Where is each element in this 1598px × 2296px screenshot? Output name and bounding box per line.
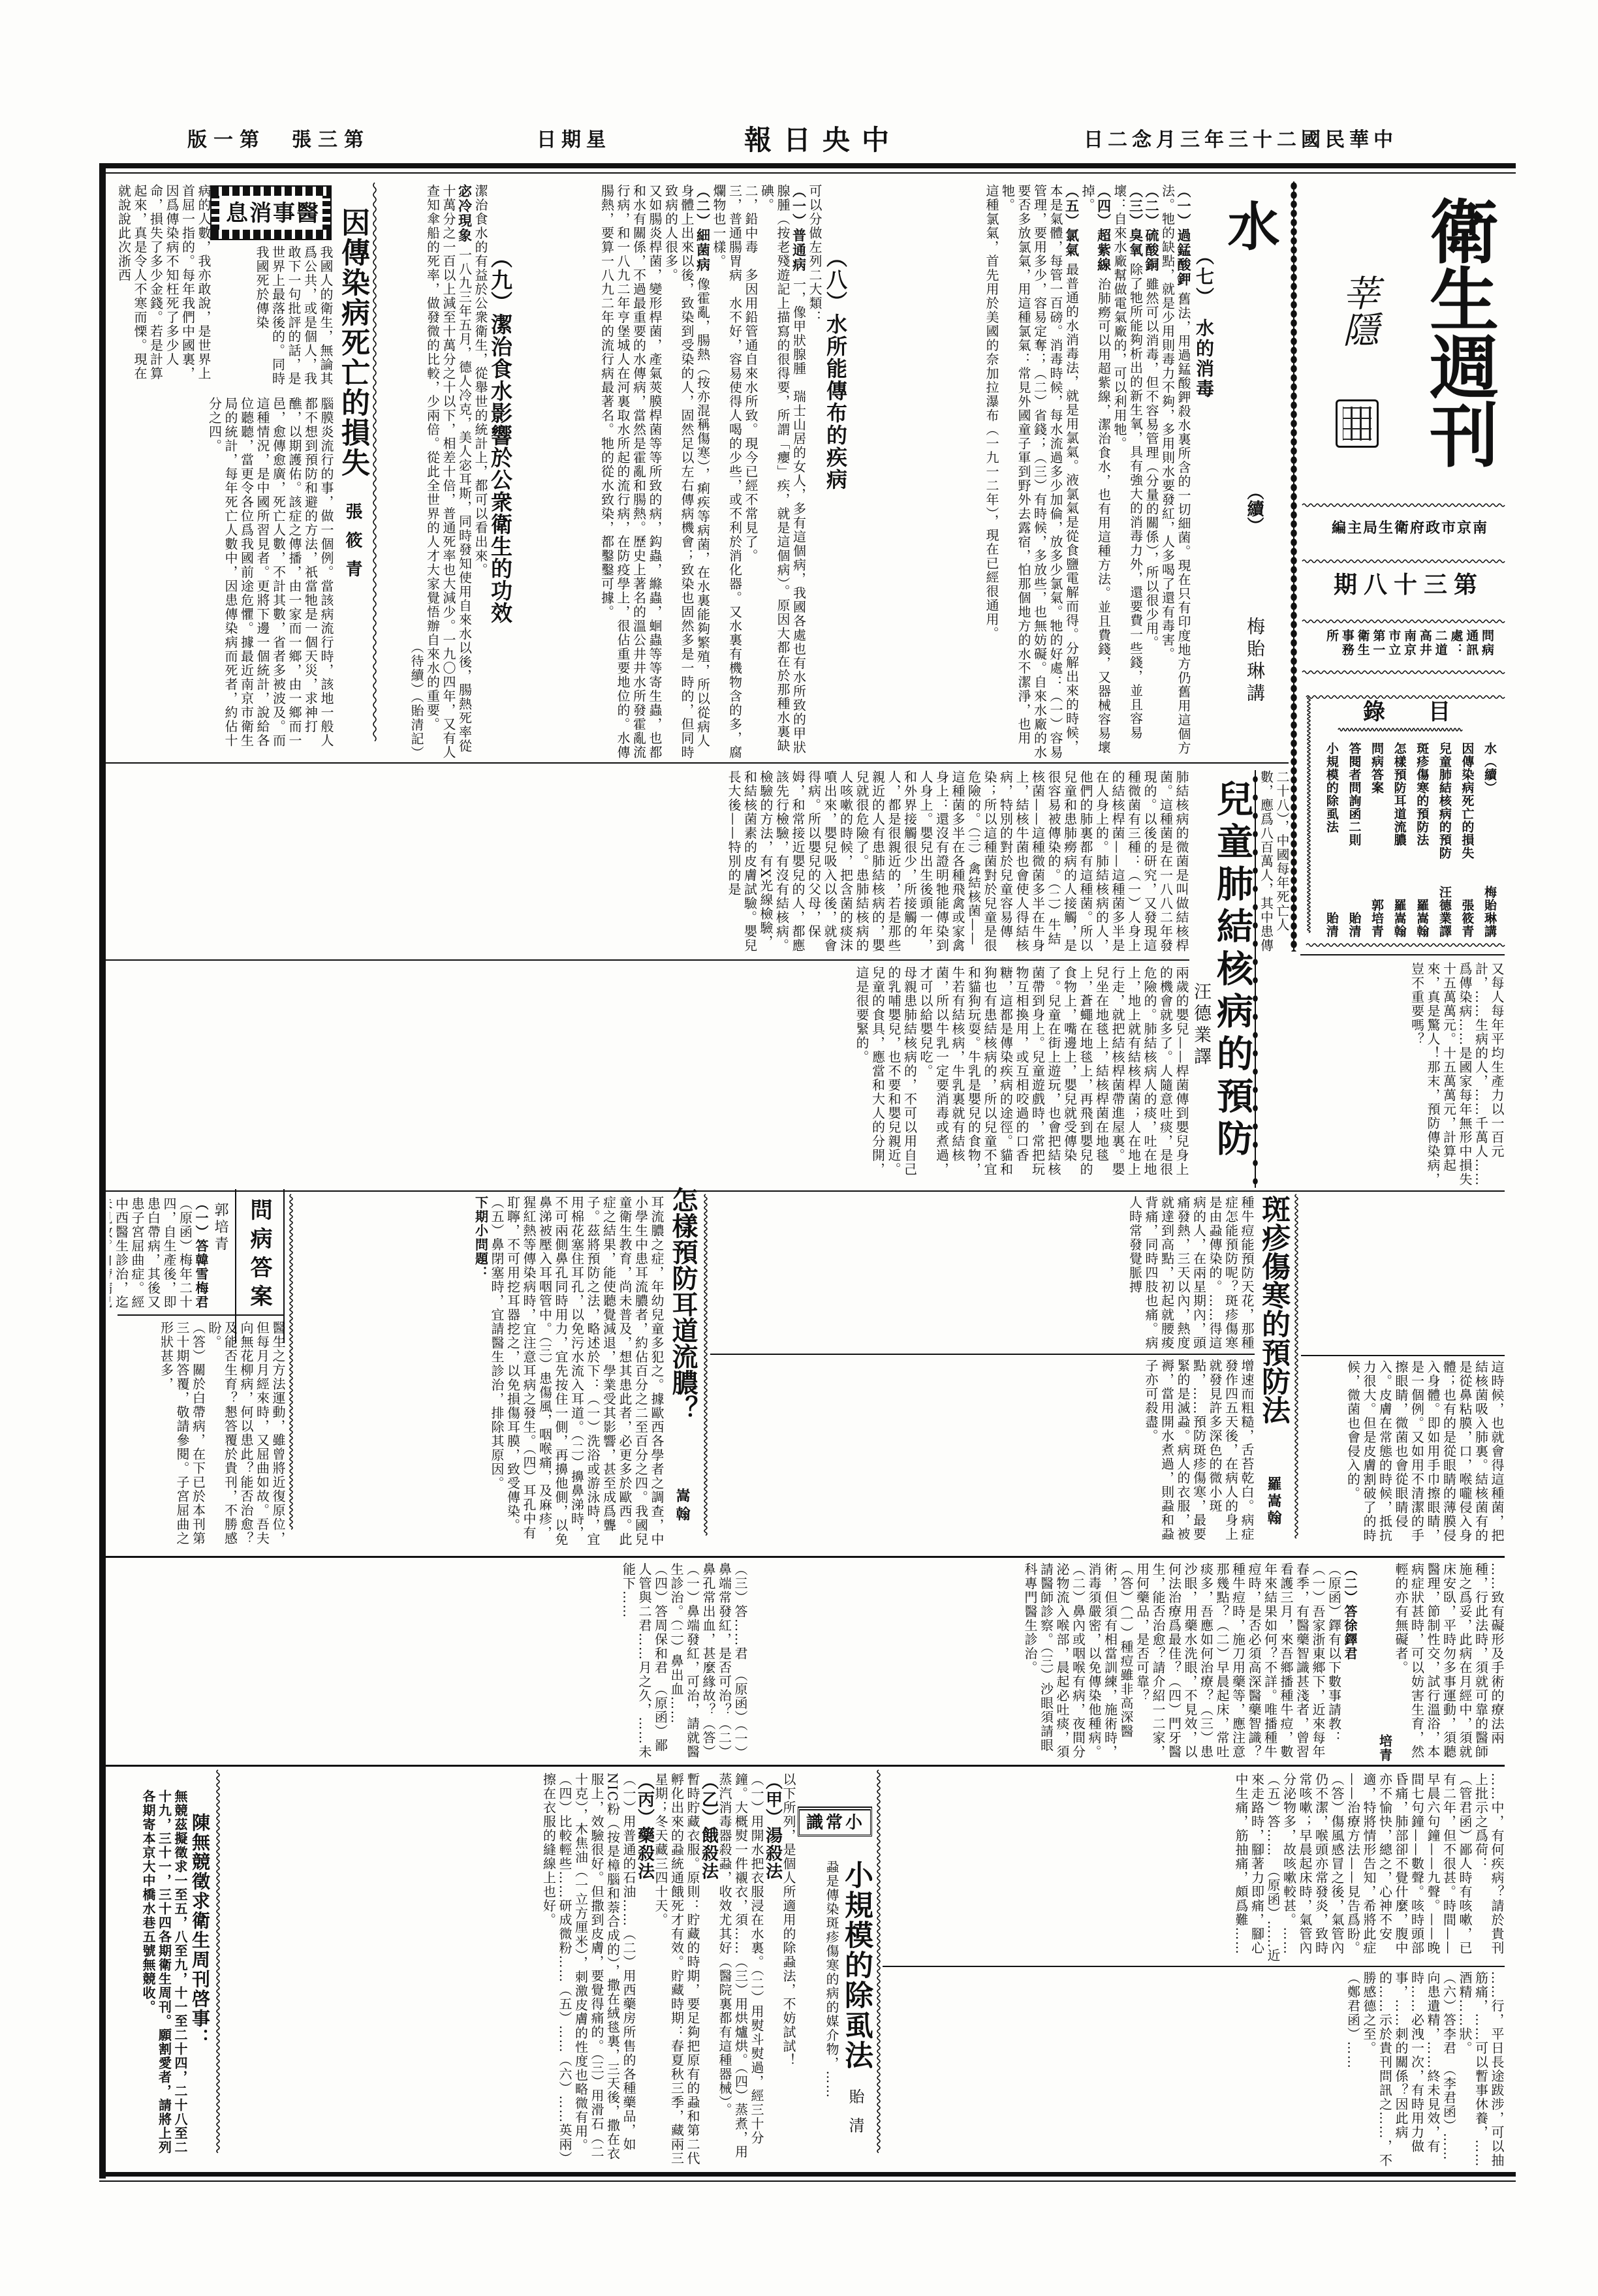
qa-2: （二）答徐鐸君 （原函）鐸有以下數事請教：（一）吾家浙東鄉下，近來每年春季，有醫… <box>751 1562 1358 1762</box>
tb-body-tier2: 兩歲的嬰兒——桿菌傳到嬰兒身上的機會就多了。人隨意吐痰，是很危險的。肺結核病人的… <box>108 966 1189 1188</box>
header-date: 中華民國二十三年三月念二日 <box>1084 131 1398 150</box>
toc-item: 小規模的除虱法貽清 <box>1320 742 1343 938</box>
qa-entry: （鄭君函）…… <box>1345 1971 1361 2168</box>
reader-qa-tier2: ……行，平日長途跋涉，可以抽筋痛，……可以暫事休養，……酒精……狀。 （六）答李… <box>883 1971 1505 2168</box>
toc-heading: 目錄 <box>1363 701 1494 723</box>
toc-item: 斑疹傷寒的預防法羅嵩翰 <box>1411 742 1433 938</box>
toc-item-author: 張筱青 <box>1456 899 1479 938</box>
subheading: （三）臭氧 <box>1128 184 1144 258</box>
subheading: （二）細菌病 <box>695 184 712 272</box>
paragraph: （一）用普通的石油……（二）用西藥房所售的各種藥品，如NIC粉（按是樟腦和萘合成… <box>540 1773 636 2168</box>
toc-item: 問病答案郭培青 <box>1365 742 1388 938</box>
wavy-rule-masthead-1 <box>1302 503 1505 508</box>
wavy-separator-typhus-ear <box>703 1194 708 1553</box>
wavy-separator-infect-water <box>372 183 377 760</box>
ear-article-title: 怎樣預防耳道流膿？ <box>670 1187 696 1421</box>
paragraph-text: 最普通的水消毒法，就是用氯氣。液氯氣是從食鹽電解而得。分解出來的時候，本是氣體，… <box>1000 184 1080 760</box>
qa-title-box: 問病答案 <box>235 1189 285 1343</box>
toc-bottom-wavy-border <box>1306 942 1505 948</box>
toc-heading-underline <box>1338 727 1462 732</box>
qa-3-4: （三）答……君 （原函）（一）鼻端常發紅，是否可治？（二）鼻孔常出血，甚麼緣故？… <box>108 1562 748 1762</box>
paragraph-text: 除了牠所能夠析出的新生氧，具有強大的消毒力外，還要費一些錢，並且容易壞：自來水廠… <box>1112 184 1144 740</box>
infect-article-title: 因傳染病死亡的損失 <box>338 208 367 478</box>
toc-item-title: 因傳染病死亡的損失 <box>1456 742 1479 860</box>
typhus-article-title: 斑疹傷寒的預防法 <box>1259 1194 1287 1424</box>
paragraph: （五）氯氣最普通的水消毒法，就是用氯氣。液氯氣是從食鹽電解而得。分解出來的時候，… <box>999 184 1080 760</box>
paragraph: （二）硫酸銅雖然可以消毒，但不容易管理（分量的關係），所以很少用。 <box>1144 184 1160 760</box>
paragraph: 耳流膿之症，年幼兒童多犯之。據歐西各學者之調查，中小學生中患耳流膿者，約佔百分之… <box>489 1196 665 1553</box>
paragraph-text: 二，鉛中毒 多因用鉛管通自來水所致。現今已經不常見了。 <box>743 184 759 563</box>
paragraph: （一）普通病一，像甲狀腺腫 瑞士山居的女人，多有這個病，我國各處也有水所致的甲狀… <box>759 184 807 760</box>
infect-body-part4: 二十八），中國每年死亡人數，應爲八百萬人，其中患傳染 <box>1257 770 1290 954</box>
band-b-sub-rule <box>106 959 1189 961</box>
lice-article-author: 貽清 <box>847 2088 863 2146</box>
qa-heading: （一）答韓雪梅君 <box>193 1197 210 1313</box>
qa-letter: 醫生之方法運動，雖曾將近復原位，但每月月經來時，又屈曲如故。吾夫向無花柳病，何以… <box>206 1321 287 1553</box>
subheading: （五）氯氣 <box>1064 184 1080 258</box>
toc-item-author: 梅貽琳講 <box>1478 886 1501 938</box>
typhus-body-tier1: 種牛痘能預防天花，那種症怎能預防呢？斑疹傷寒是由蝨傳染的。……得這病的人，在兩星… <box>712 1196 1255 1351</box>
water-section-9-body: 潔治食水的有益於公衆衛生，從舉世的統計上，都可以看出來。 宓冷現象一八九三年五月… <box>384 184 488 760</box>
tips-label: 小常識 <box>806 1814 865 1831</box>
qa-heading: （二）答徐鐸君 <box>1342 1562 1358 1762</box>
typhus-article-author: 羅嵩翰 <box>1266 1476 1281 1527</box>
paragraph: 這種氯氣，首先用於美國的奈加拉瀑布（一九一二年），現在已經很通用。 <box>984 184 1000 760</box>
paragraph: 母親患肺結核病的，不可以用自己的乳哺嬰兒，也不要和嬰兒親近。兒童的食具，應當和大… <box>854 966 918 1188</box>
header-sheet-page: 第三張 第一版 <box>187 131 370 150</box>
paragraph-text: 又如腸炎桿菌，變形桿菌，產氣莢膜桿菌等等所致的病，鈎蟲，縧蟲，蛔蟲等等寄生蟲，也… <box>599 184 663 760</box>
paragraph: 可以分做左列二大類： <box>807 184 823 760</box>
typhus-body-tier2: 增速而粗糙，舌苔乾白。病症發作四五天後，在病人的身上就發見許多深色的微小斑點，…… <box>712 1359 1255 1553</box>
ear-article-author: 嵩翰 <box>675 1488 689 1525</box>
method-heading: （丙）藥殺法 <box>636 1773 653 2168</box>
water-section-9-heading: （九）潔治食水影響於公衆衛生的功效 <box>490 247 511 624</box>
wavy-separator-lice-qa <box>876 1770 881 2169</box>
band-rule-d <box>106 1765 1505 1767</box>
paragraph-text: 這種氯氣，首先用於美國的奈加拉瀑布（一九一二年），現在已經很通用。 <box>984 184 999 641</box>
toc-item-title: 怎樣預防耳道流膿 <box>1388 742 1411 846</box>
calligrapher-seal-stamp <box>1336 399 1379 448</box>
qa-author: 郭培青 <box>213 1202 227 1253</box>
toc-bottom-rule <box>1300 954 1505 955</box>
paragraph: 又如腸炎桿菌，變形桿菌，產氣莢膜桿菌等等所致的病，鈎蟲，縧蟲，蛔蟲等等寄生蟲，也… <box>599 184 663 760</box>
toc-item: 水（續）梅貽琳講 <box>1478 742 1501 938</box>
band-c-sub-rule-right <box>1301 1355 1505 1356</box>
toc-item-title: 答閱者問詢函二則 <box>1343 742 1366 846</box>
qa-entry: （管君函）鄙人時有咳嗽，已有二年，但不很甚。時間——早晨六句鐘——九聲。——晚間… <box>1345 1773 1473 1963</box>
frame-left-border <box>99 163 106 2179</box>
tb-article-title: 兒童肺結核病的預防 <box>1214 780 1251 1162</box>
paragraph: （三）臭氧除了牠所能夠析出的新生氧，具有強大的消毒力外，還要費一些錢，並且容易壞… <box>1112 184 1144 760</box>
to-be-continued: （待續）（貽清記） <box>409 184 425 760</box>
water-section-8-heading: （八）水所能傳布的疾病 <box>825 247 846 491</box>
qa-1-question-continued: 醫生之方法運動，雖曾將近復原位，但每月月經來時，又屈曲如故。吾夫向無花柳病，何以… <box>110 1321 286 1553</box>
infect-body-part2: 病的人數，我亦敢說，是世界上首屈一指的。每年我們中國裏，因爲傳染病不知枉死了多少… <box>108 184 211 390</box>
notice-title: 陳無競徵求衛生周刊啓事： <box>191 1813 209 2048</box>
toc-item-title: 斑疹傷寒的預防法 <box>1411 742 1433 846</box>
qa-answer: ……致有礙形及手術的療法兩種，行此法時，須就可靠的醫師施之爲妥，此病在月經中，須… <box>1393 1562 1505 1762</box>
method-heading: （乙）餓殺法 <box>700 1773 717 2168</box>
toc-item-title: 水（續） <box>1478 742 1501 794</box>
reader-qa-tier1: ……中，有何疾病？請於貴刊上批示之爲荷： （管君函）鄙人時有咳嗽，已有二年，但不… <box>883 1773 1505 1963</box>
paragraph: （一）過錳酸鉀舊法，用過錳酸鉀殺水裏所含的一切細菌。現在只有印度地方仍舊用這個方… <box>1159 184 1191 760</box>
paragraph: 兩歲的嬰兒——桿菌傳到嬰兒身上的機會就多了。人隨意吐痰，是很危險的。肺結核病人的… <box>918 966 1190 1188</box>
water-section-7-heading: （七） 水的消毒 <box>1195 247 1213 399</box>
masthead-contact-address: 問病通訊處：二道高井南京市立第一衛生事務所 <box>1323 629 1494 659</box>
header-weekday: 星期日 <box>537 131 611 150</box>
qa-1-question: （一）答韓雪梅君 （原函）梅年二十四，自生產後，即患白帶病，其後又患子宮屈曲症。… <box>110 1197 209 1313</box>
infect-body-part3: 腦膜炎流行的事，做一個例。當該病流行時，該地一般人都不想到預防和避的方法，祇當牠… <box>108 397 334 760</box>
infect-body-part5: 又每人每年平均生產力以一百元計，……生病的人，……千萬人……爲傳染病……是國家每… <box>1257 962 1505 1188</box>
water-section-7-body: （一）過錳酸鉀舊法，用過錳酸鉀殺水裏所含的一切細菌。現在只有印度地方仍舊用這個方… <box>852 184 1191 760</box>
toc-item: 兒童肺結核病的預防汪德業譯 <box>1433 742 1456 938</box>
ear-article-body: 耳流膿之症，年幼兒童多犯之。據歐西各學者之調查，中小學生中患耳流膿者，約佔百分之… <box>297 1196 665 1553</box>
lice-intro: 蝨是傳染斑疹傷寒的病的媒介物，…… <box>798 1860 839 2167</box>
frame-bottom-border <box>99 2172 1516 2177</box>
paragraph: 二，鉛中毒 多因用鉛管通自來水所致。現今已經不常見了。 <box>743 184 759 760</box>
header-rule-thick <box>99 163 1516 168</box>
paragraph: 潔治食水的有益於公衆衛生，從舉世的統計上，都可以看出來。 <box>473 184 489 760</box>
toc-item: 因傳染病死亡的損失張筱青 <box>1456 742 1479 938</box>
subheading: （四）超紫線 <box>1096 184 1112 272</box>
paragraph: （一）用開水把衣服浸在水裏。（二）用熨斗熨過，經三十分鐘。大概熨一件襯衣，須……… <box>717 1773 765 2168</box>
qa-signoff: 培青 <box>1377 1562 1393 1762</box>
toc-item: 答閱者問詢函二則貽清 <box>1343 742 1366 938</box>
water-author: 梅貽琳講 <box>1245 617 1264 706</box>
toc-left-wavy-border <box>1306 697 1311 945</box>
toc-item-author: 貽清 <box>1320 912 1343 938</box>
medical-news-label-box: 醫事消息 <box>210 185 332 240</box>
qa-title: 問病答案 <box>248 1198 270 1313</box>
band-rule-b <box>106 1190 1505 1192</box>
wavy-rule-masthead-3 <box>1302 619 1505 624</box>
qa-entry: （四）答周保和君 （原函）鄙人管與二君……月之久，……未能下…… <box>620 1562 668 1762</box>
paragraph-text: 可以分做左列二大類： <box>807 184 822 324</box>
box-ornament-bottom <box>211 230 330 239</box>
masthead-title: 衛生週刊 <box>1409 196 1494 489</box>
toc-item-title: 小規模的除虱法 <box>1320 742 1343 833</box>
box-ornament-left <box>211 196 219 230</box>
tb-body-tier1: 肺結核病的微菌是叫做結核桿菌。這種菌是在一八八二年發現的。以後的研究，又發現這種… <box>108 770 1189 955</box>
header-rule-thin <box>99 172 1516 174</box>
toc-list: 水（續）梅貽琳講 因傳染病死亡的損失張筱青 兒童肺結核病的預防汪德業譯 斑疹傷寒… <box>1320 742 1501 938</box>
subheading: （二）硫酸銅 <box>1144 184 1160 272</box>
qa-entry: （答）傷風感冒之後，氣管內仍不潔，喉頭亦常發炎，致時常咳嗽；早晨起床時，氣管內分… <box>1281 1773 1345 1963</box>
tb-article-author: 汪德業譯 <box>1192 982 1210 1068</box>
wavy-rule-masthead-2 <box>1302 559 1505 564</box>
wavy-separator-typhus-right <box>1294 1194 1299 1553</box>
toc-item-author: 羅嵩翰 <box>1388 899 1411 938</box>
toc-item: 怎樣預防耳道流膿羅嵩翰 <box>1388 742 1411 938</box>
masthead-calligrapher-signature: 莘隱 <box>1332 274 1376 398</box>
toc-item-author: 羅嵩翰 <box>1411 899 1433 938</box>
paragraph-text: 雖然可以消毒，但不容易管理（分量的關係），所以很少用。 <box>1144 277 1159 650</box>
subheading: （一）普通病 <box>791 184 807 272</box>
qa-entry: （三）答……君 （原函）（一）鼻端常發紅，是否可治？（二）鼻孔常出血，甚麼緣故？… <box>668 1562 749 1762</box>
toc-item-title: 兒童肺結核病的預防 <box>1433 742 1456 860</box>
wavy-rule-masthead-4 <box>1302 670 1505 675</box>
paragraph: （四）超紫線治肺癆可以用超紫線，潔治食水，也有用這種方法。並且費錢，又器械容易壞… <box>1080 184 1112 760</box>
infect-body-part1: 我國人的衛生，無論其爲公共，或是個人，我敢下一句批評的話，是世界上最落後的。同時… <box>215 245 334 390</box>
qa-letter: （原函）梅年二十四，自生產後，即患白帶病，其後又患子宮屈曲症。經中西醫生診治，迄… <box>110 1197 193 1313</box>
paragraph: 宓冷現象一八九三年五月，德人冷克，美人宓耳斯，同時發知使用自來水以後，腸熱死率從… <box>424 184 473 760</box>
qa-entry: ……中，有何疾病？請於貴刊上批示之爲荷： <box>1473 1773 1505 1963</box>
water-article-title: 水 <box>1223 199 1276 251</box>
masthead-editor: 南京市政府衛生局主編 <box>1332 521 1488 535</box>
masthead-issue-number: 第三十八期 <box>1334 573 1484 597</box>
method-heading: （甲）湯殺法 <box>764 1773 781 2168</box>
beaded-column-separator <box>1290 181 1298 952</box>
qa-entry: ……行，平日長途跋涉，可以抽筋痛，……可以暫事休養，……酒精……狀。 <box>1457 1971 1505 2168</box>
lice-article-title: 小規模的除虱法 <box>841 1860 870 2070</box>
paragraph-text: 三，普通腸胃病 水不好，容易使得人喝的少些，或不利於消化器。又水裏有機物含的多，… <box>711 184 743 760</box>
water-continued-mark: （續） <box>1245 483 1262 535</box>
paragraph-text: 一八九三年五月，德人冷克，美人宓耳斯，同時發知使用自來水以後，腸熱死率從十萬分之… <box>425 184 473 760</box>
medical-news-label: 醫事消息 <box>226 202 320 225</box>
band-rule-c <box>106 1556 1505 1558</box>
qa-answer: （答）（一）種痘雖非高深醫術，但須有相當訓練，施術時，消毒須嚴密，以免傳染他種病… <box>1022 1562 1135 1762</box>
qa-answer: （答）關於白帶病，在下已於本刊第三十期答覆，敬請參閱。子宮屈曲之形狀甚多， <box>158 1321 206 1553</box>
wavy-separator-notice-lice <box>215 1770 221 2169</box>
lice-article-body: 以下所列，是個人所適用的除蝨法，不妨試試！ （甲）湯殺法 （一）用開水把衣服浸在… <box>222 1773 796 2168</box>
paragraph: 以下所列，是個人所適用的除蝨法，不妨試試！ <box>781 1773 797 2168</box>
water-section-8-body: 可以分做左列二大類： （一）普通病一，像甲狀腺腫 瑞士山居的女人，多有這個病，我… <box>519 184 822 760</box>
paragraph-text: 潔治食水的有益於公衆衛生，從舉世的統計上，都可以看出來。 <box>473 184 488 577</box>
toc-item-author: 貽清 <box>1343 912 1366 938</box>
toc-item-author: 汪德業譯 <box>1433 886 1456 938</box>
paragraph: 三，普通腸胃病 水不好，容易使得人喝的少些，或不利於消化器。又水裏有機物含的多，… <box>711 184 743 760</box>
tb-body-continued: 這時候，也就會得這種菌，把結核菌吸入肺裏。結核菌有的是從鼻粘膜，口，喉嚨侵入身體… <box>1302 1360 1505 1553</box>
paragraph: 暫時貯藏衣服。原則：貯藏的時期，要足夠把原有的蝨和第二代孵化出來的蝨統通餓死才有… <box>653 1773 701 2168</box>
qa-entry: （六）答李君 （李君函）……向患遺精，……終未見效，有時……必洩一次，有時用力做… <box>1361 1971 1457 2168</box>
newspaper-page: 第三張 第一版 星期日 中央日報 中華民國二十三年三月念二日 衛生週刊 莘隱 南… <box>0 0 1598 2296</box>
subheading: 宓冷現象 <box>457 184 473 243</box>
paragraph: （二）細菌病像霍亂，腸熱（按亦混稱傷寒），痢疾等病菌，在水裏能夠繁殖，所以從病人… <box>663 184 711 760</box>
box-ornament-top <box>211 187 330 196</box>
next-issue-question: 下期小問題： <box>473 1196 489 1553</box>
header-newspaper-name: 中央日報 <box>744 127 901 154</box>
box-ornament-right <box>322 196 330 230</box>
frame-bottom-thin <box>99 2180 1516 2182</box>
band-rule-a <box>106 762 1289 764</box>
notice-body: 無競茲擬徵求一至五，八至九，十一至二十四，二十八至二十九，三十一，三十四各期衛生… <box>111 1790 188 2167</box>
tips-label-box: 小常識 <box>798 1807 872 1837</box>
band-e-sub-rule <box>883 1966 1505 1967</box>
toc-item-author: 郭培青 <box>1365 899 1388 938</box>
qa-entry: （五）答…… （原函）……近來走路時，腳著力即痛，腳心中生痛，筋抽痛，頗爲難…… <box>1233 1773 1281 1963</box>
toc-item-title: 問病答案 <box>1365 742 1388 794</box>
qa-1-answer-end: ……致有礙形及手術的療法兩種，行此法時，須就可靠的醫師施之爲妥，此病在月經中，須… <box>1361 1562 1505 1762</box>
wavy-separator-ear-qa <box>289 1194 294 1553</box>
qa-letter: （原函）鐸有以下數事請教：（一）吾家浙東鄉下，近來每年春季，有醫藥智識甚淺者，曾… <box>1134 1562 1342 1762</box>
infect-article-author: 張筱青 <box>344 503 361 589</box>
band-c-sub-rule-left <box>710 1354 1255 1355</box>
subheading: （一）過錳酸鉀 <box>1176 184 1191 287</box>
